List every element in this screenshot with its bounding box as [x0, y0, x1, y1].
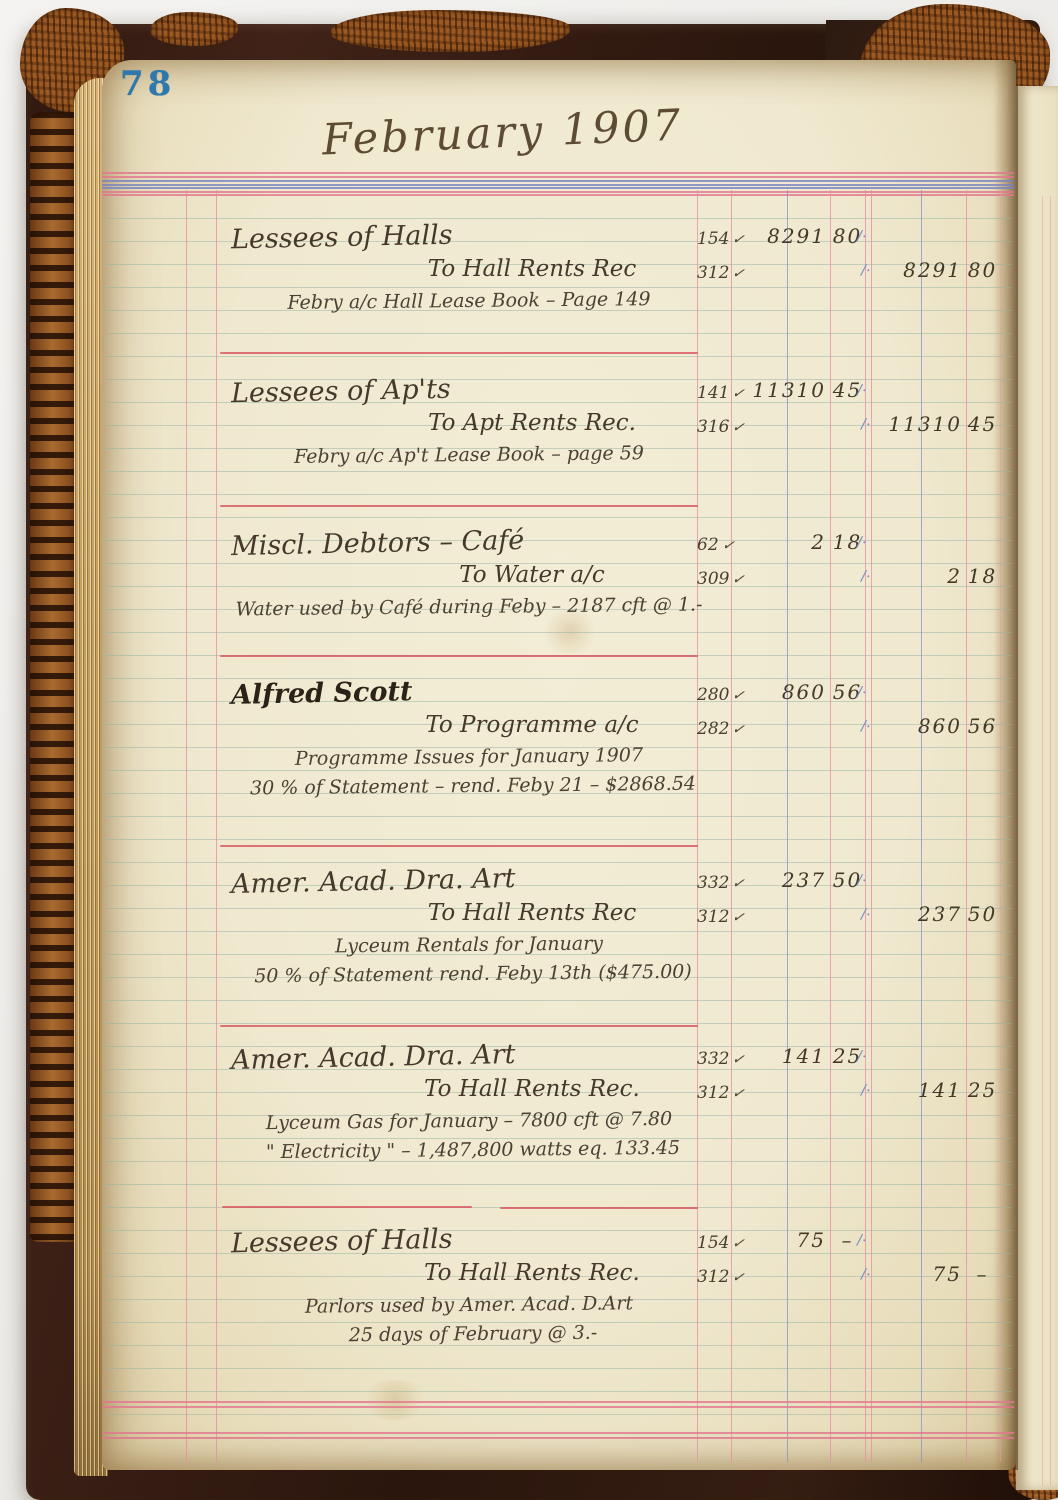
folio-number: 332	[697, 873, 729, 893]
folio-number: 316	[697, 417, 729, 437]
entry-separator	[220, 845, 698, 847]
entry-memo: 30 % of Statement – rend. Feby 21 – $286…	[232, 772, 714, 799]
entry-credit-account: To Hall Rents Rec.	[352, 1260, 712, 1286]
journal-entry: Alfred Scott To Programme a/c Programme …	[0, 678, 1058, 838]
journal-entry: Lessees of Ap'ts To Apt Rents Rec. Febry…	[0, 376, 1058, 506]
credit-amount-cents: 56	[966, 714, 999, 738]
entry-credit-account: To Hall Rents Rec	[352, 256, 712, 282]
folio-number: 280	[697, 685, 729, 705]
entry-debit-account: Lessees of Halls	[231, 220, 453, 256]
checkmark-icon: ✓	[731, 1083, 746, 1103]
entry-debit-account: Lessees of Ap'ts	[231, 374, 451, 410]
credit-amount-cents: 18	[966, 564, 999, 588]
journal-entry: Lessees of Halls To Hall Rents Rec. Parl…	[0, 1226, 1058, 1386]
folio-number: 141	[697, 383, 729, 403]
entry-memo: Water used by Café during Feby – 2187 cf…	[232, 594, 706, 621]
entry-debit-account: Amer. Acad. Dra. Art	[231, 863, 516, 900]
checkmark-icon: ✓	[731, 719, 746, 739]
credit-amount-dollars: 8291	[869, 258, 962, 282]
folio-number: 282	[697, 719, 729, 739]
folio-number: 312	[697, 263, 729, 283]
header-rule-band	[102, 180, 1014, 182]
journal-entry: Lessees of Halls To Hall Rents Rec Febry…	[0, 222, 1058, 352]
folio-number: 312	[697, 1267, 729, 1287]
credit-amount-cents: 45	[966, 412, 999, 436]
journal-entry: Miscl. Debtors – Café To Water a/c Water…	[0, 528, 1058, 656]
checkmark-icon: ✓	[731, 417, 746, 437]
entry-memo: 50 % of Statement rend. Feby 13th ($475.…	[232, 960, 714, 987]
folio-number: 332	[697, 1049, 729, 1069]
debit-amount-dollars: 141	[733, 1044, 826, 1068]
checkmark-icon: ✓	[731, 569, 746, 589]
entry-separator	[220, 352, 698, 354]
header-rule-band	[102, 184, 1014, 186]
debit-amount-dollars: 11310	[733, 378, 826, 402]
entry-credit-account: To Hall Rents Rec	[352, 900, 712, 926]
footer-rule	[102, 1437, 1014, 1439]
header-rule-band	[102, 191, 1014, 193]
entry-memo: Programme Issues for January 1907	[232, 744, 706, 771]
entry-separator	[222, 1206, 472, 1208]
credit-amount-cents: 50	[966, 902, 999, 926]
credit-amount-dollars: 237	[869, 902, 962, 926]
credit-amount-dollars: 75	[869, 1262, 962, 1286]
footer-rule	[102, 1432, 1014, 1434]
entry-memo: Febry a/c Ap't Lease Book – page 59	[232, 442, 706, 469]
header-rule-band	[102, 194, 1014, 196]
posting-mark-icon: ∕·	[856, 380, 869, 399]
debit-amount-dollars: 75	[733, 1228, 826, 1252]
entry-memo: Lyceum Rentals for January	[232, 932, 706, 959]
posting-mark-icon: ∕·	[856, 1230, 869, 1249]
credit-amount-dollars: 860	[869, 714, 962, 738]
entry-credit-account: To Programme a/c	[352, 712, 712, 738]
entry-debit-account: Amer. Acad. Dra. Art	[231, 1039, 516, 1076]
folio-number: 312	[697, 1083, 729, 1103]
folio-number: 309	[697, 569, 729, 589]
checkmark-icon: ✓	[731, 263, 746, 283]
page-number-stamp: 78	[120, 64, 175, 104]
folio-number: 62	[697, 535, 719, 555]
debit-amount-dollars: 237	[733, 868, 826, 892]
entry-memo: 25 days of February @ 3.-	[232, 1320, 714, 1347]
entry-debit-account: Lessees of Halls	[231, 1224, 453, 1260]
footer-rule	[102, 1401, 1014, 1403]
entry-memo: " Electricity " – 1,487,800 watts eq. 13…	[232, 1136, 714, 1163]
debit-amount-dollars: 8291	[733, 224, 826, 248]
journal-entry: Amer. Acad. Dra. Art To Hall Rents Rec. …	[0, 1042, 1058, 1202]
footer-rule	[102, 1406, 1014, 1408]
folio-number: 154	[697, 229, 729, 249]
debit-amount-dollars: 2	[733, 530, 826, 554]
credit-amount-dollars: 2	[869, 564, 962, 588]
entry-credit-account: To Water a/c	[352, 562, 712, 588]
posting-mark-icon: ∕·	[856, 1046, 869, 1065]
entry-memo: Parlors used by Amer. Acad. D.Art	[232, 1292, 706, 1319]
header-rule-band	[102, 172, 1014, 174]
posting-mark-icon: ∕·	[856, 682, 869, 701]
checkmark-icon: ✓	[731, 1267, 746, 1287]
credit-amount-cents: –	[966, 1262, 999, 1286]
folio-number: 312	[697, 907, 729, 927]
checkmark-icon: ✓	[731, 907, 746, 927]
credit-amount-cents: 25	[966, 1078, 999, 1102]
entry-debit-account: Alfred Scott	[231, 676, 413, 711]
header-rule-band	[102, 176, 1014, 178]
posting-mark-icon: ∕·	[856, 532, 869, 551]
posting-mark-icon: ∕·	[856, 870, 869, 889]
entry-separator	[500, 1207, 698, 1209]
debit-amount-dollars: 860	[733, 680, 826, 704]
credit-amount-dollars: 141	[869, 1078, 962, 1102]
entry-credit-account: To Hall Rents Rec.	[352, 1076, 712, 1102]
posting-mark-icon: ∕·	[856, 226, 869, 245]
torn-leather	[150, 12, 238, 46]
entry-memo: Febry a/c Hall Lease Book – Page 149	[232, 288, 706, 315]
folio-number: 154	[697, 1233, 729, 1253]
entry-credit-account: To Apt Rents Rec.	[352, 410, 712, 436]
credit-amount-cents: 80	[966, 258, 999, 282]
header-rule-band	[102, 187, 1014, 189]
credit-amount-dollars: 11310	[869, 412, 962, 436]
torn-leather	[330, 10, 570, 52]
entry-memo: Lyceum Gas for January – 7800 cft @ 7.80	[232, 1108, 706, 1135]
journal-entry: Amer. Acad. Dra. Art To Hall Rents Rec L…	[0, 866, 1058, 1026]
entry-debit-account: Miscl. Debtors – Café	[231, 525, 525, 562]
